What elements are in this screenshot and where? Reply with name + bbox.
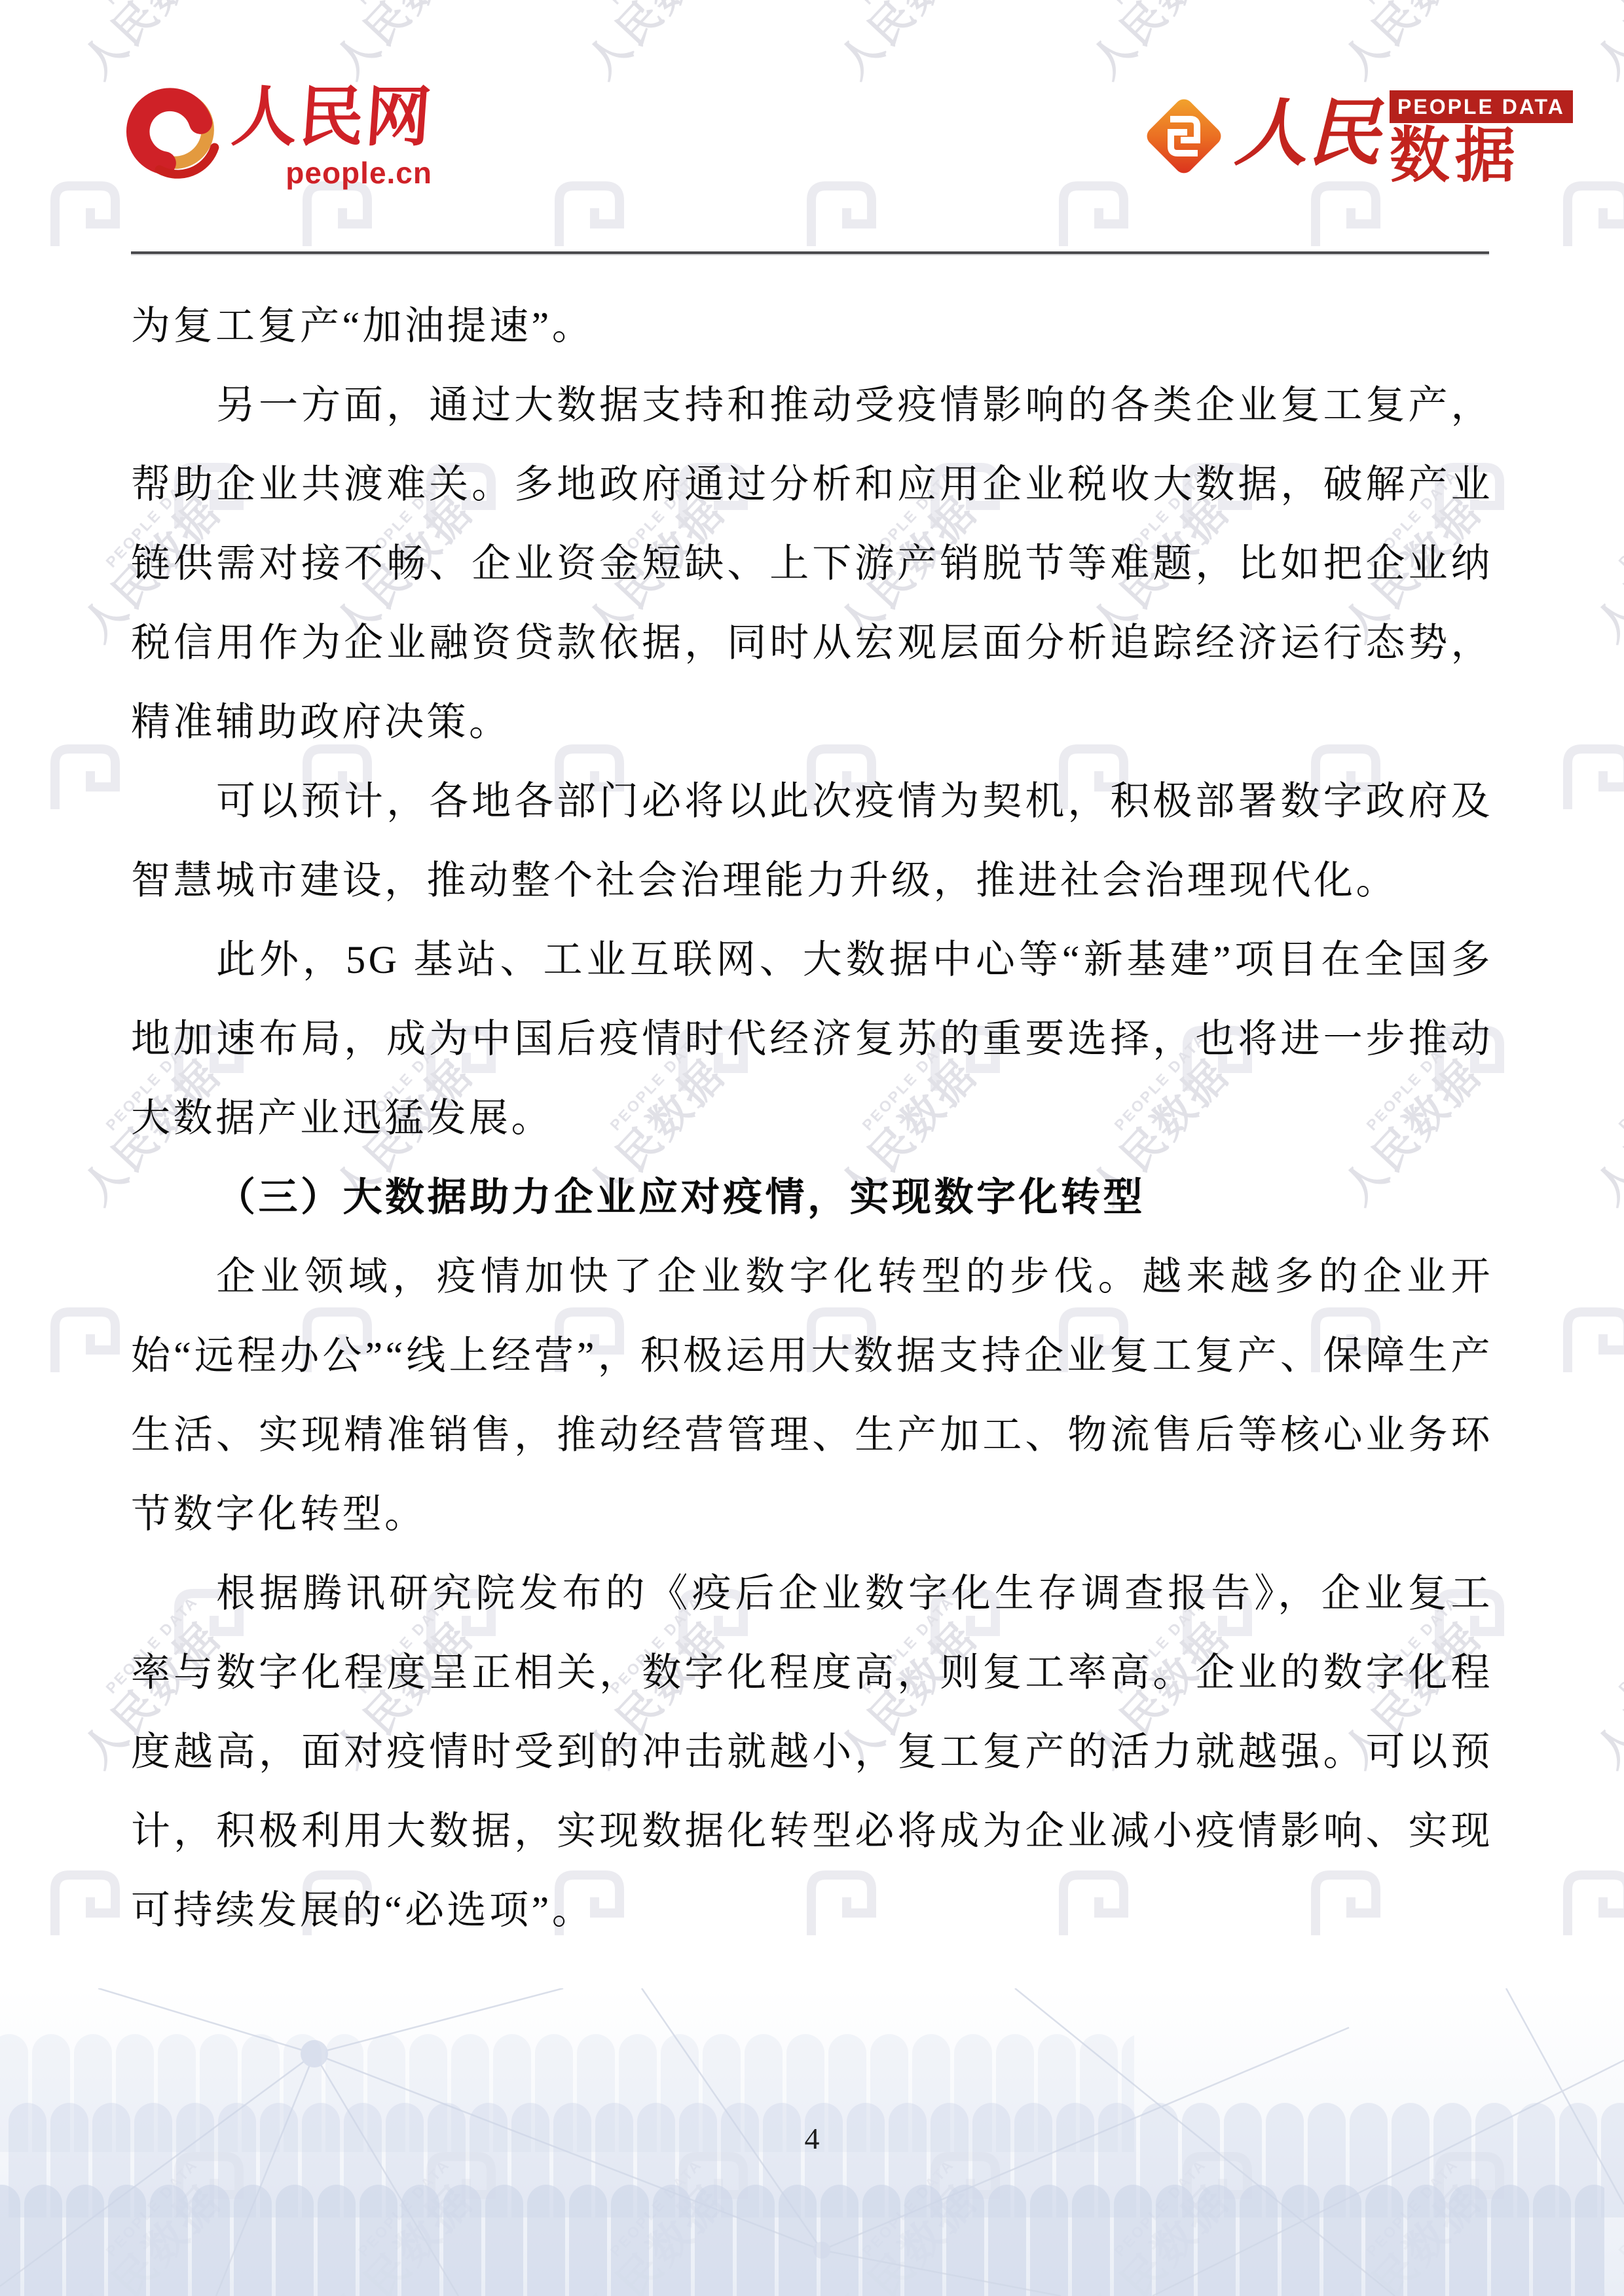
- paragraph: 可以预计，各地各部门必将以此次疫情为契机，积极部署数字政府及智慧城市建设，推动整…: [131, 762, 1493, 920]
- people-data-banner: PEOPLE DATA: [1390, 90, 1573, 123]
- page-number: 4: [0, 2121, 1624, 2156]
- people-cn-logo-domain: people.cn: [232, 155, 432, 191]
- people-data-logo-chinese: 数据: [1390, 124, 1521, 188]
- people-cn-logo: 人民网 people.cn: [124, 80, 432, 191]
- paragraph: 另一方面，通过大数据支持和推动受疫情影响的各类企业复工复产，帮助企业共渡难关。多…: [131, 366, 1493, 762]
- paragraph: 根据腾讯研究院发布的《疫后企业数字化生存调查报告》，企业复工率与数字化程度呈正相…: [131, 1554, 1493, 1950]
- paragraph: 此外，5G 基站、工业互联网、大数据中心等“新基建”项目在全国多地加速布局，成为…: [131, 920, 1493, 1158]
- paragraph: 为复工复产“加油提速”。: [131, 287, 1493, 366]
- people-data-logo-text: PEOPLE DATA 数据: [1390, 90, 1573, 188]
- header-divider-rule: [131, 251, 1489, 255]
- section-heading: （三）大数据助力企业应对疫情，实现数字化转型: [131, 1158, 1493, 1237]
- footer-scallop-row: [0, 2185, 1604, 2296]
- people-data-diamond-icon: [1143, 90, 1225, 182]
- people-data-logo-script: 人民: [1234, 90, 1380, 178]
- people-cn-logo-chinese: 人民网: [229, 80, 435, 155]
- paragraph: 企业领域，疫情加快了企业数字化转型的步伐。越来越多的企业开始“远程办公”“线上经…: [131, 1237, 1493, 1554]
- people-cn-logo-text: 人民网 people.cn: [232, 80, 432, 191]
- people-cn-globe-icon: [124, 80, 221, 183]
- document-page: PEOPLE DATA 人民数据 人民网 people.cn: [0, 0, 1624, 2296]
- people-data-logo: 人民 PEOPLE DATA 数据: [1143, 90, 1573, 188]
- document-body: 为复工复产“加油提速”。 另一方面，通过大数据支持和推动受疫情影响的各类企业复工…: [131, 287, 1493, 1950]
